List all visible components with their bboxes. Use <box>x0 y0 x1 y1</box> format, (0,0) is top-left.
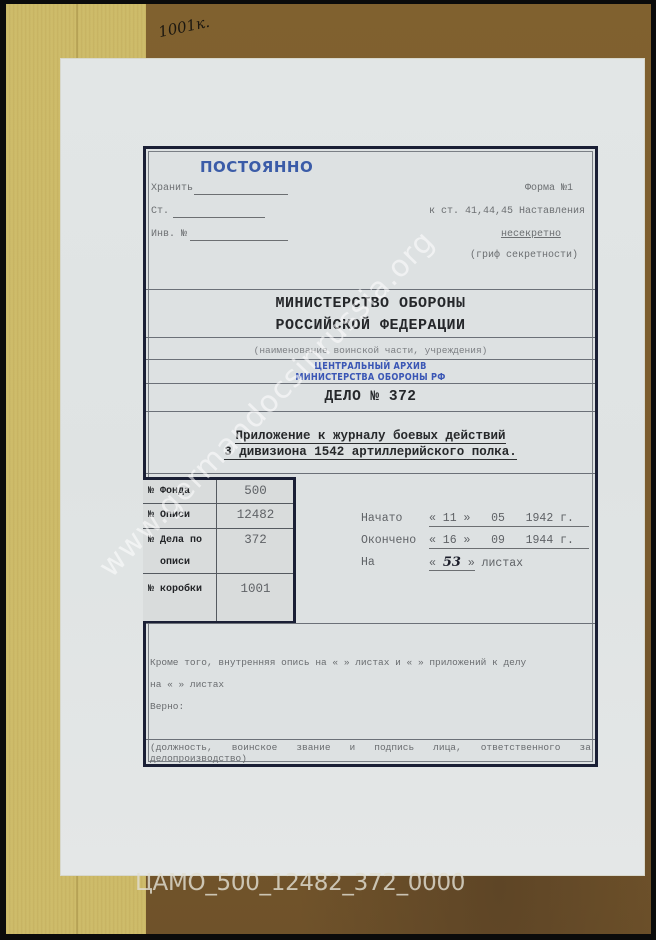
archive-stamp-line1: ЦЕНТРАЛЬНЫЙ АРХИВ <box>186 361 554 372</box>
divider <box>146 473 595 474</box>
store-field-line <box>194 194 288 195</box>
opis-label: № Описи <box>148 510 190 521</box>
fond-value: 500 <box>218 484 293 498</box>
divider <box>146 739 595 740</box>
unit-name-caption: (наименование воинской части, учреждения… <box>146 345 595 356</box>
table-row: № Фонда 500 <box>143 480 293 504</box>
table-row: № Дела по описи 372 <box>143 529 293 574</box>
additional-inventory-line1: Кроме того, внутренняя опись на « » лист… <box>150 657 591 668</box>
table-row: № Описи 12482 <box>143 504 293 529</box>
started-value: « 11 » 05 1942 г. <box>429 512 574 525</box>
form-frame: ПОСТОЯННО Хранить Ст. Инв. № Форма №1 к … <box>143 146 598 767</box>
box-label: № коробки <box>148 584 202 595</box>
article-field-line <box>173 217 265 218</box>
divider <box>146 411 595 412</box>
fond-label: № Фонда <box>148 486 190 497</box>
divider <box>146 383 595 384</box>
additional-inventory-line2: на « » листах <box>150 679 591 690</box>
delo-value: 372 <box>218 533 293 547</box>
store-label: Хранить <box>151 183 193 194</box>
responsible-caption-line2: делопроизводство) <box>150 753 591 764</box>
started-label: Начато <box>361 512 402 525</box>
secrecy-caption: (гриф секретности) <box>470 250 578 261</box>
ministry-line2: РОССИЙСКОЙ ФЕДЕРАЦИИ <box>146 317 595 334</box>
box-value: 1001 <box>218 582 293 596</box>
article-label: Ст. <box>151 206 169 217</box>
archive-stamp: ЦЕНТРАЛЬНЫЙ АРХИВ МИНИСТЕРСТВА ОБОРОНЫ Р… <box>186 361 554 383</box>
secrecy-value: несекретно <box>501 229 561 240</box>
form-number: Форма №1 <box>525 183 573 194</box>
storage-stamp: ПОСТОЯННО <box>200 158 313 176</box>
ended-value: « 16 » 09 1944 г. <box>429 534 574 547</box>
ended-label: Окончено <box>361 534 416 547</box>
divider <box>146 337 595 338</box>
opis-value: 12482 <box>218 508 293 522</box>
sheets-label: На <box>361 556 375 569</box>
table-row: № коробки 1001 <box>143 574 293 624</box>
ministry-line1: МИНИСТЕРСТВО ОБОРОНЫ <box>146 295 595 312</box>
divider <box>146 623 595 624</box>
case-subject-line1: Приложение к журналу боевых действий <box>146 429 595 443</box>
handwritten-sheet-count: 53 <box>443 555 461 570</box>
archive-stamp-line2: МИНИСТЕРСТВА ОБОРОНЫ РФ <box>186 372 554 383</box>
inventory-label: Инв. № <box>151 229 187 240</box>
archive-identifiers-table: № Фонда 500 № Описи 12482 № Дела по опис… <box>143 477 296 624</box>
case-number-title: ДЕЛО № 372 <box>146 389 595 405</box>
file-caption: ЦАМО_500_12482_372_0000 <box>135 870 465 896</box>
verified-label: Верно: <box>150 701 591 712</box>
delo-label-line2: описи <box>160 557 190 568</box>
article-reference: к ст. 41,44,45 Наставления <box>429 206 585 217</box>
case-subject-line2: 3 дивизиона 1542 артиллерийского полка. <box>146 445 595 459</box>
sheets-count: « 53 » листах <box>429 555 523 570</box>
divider <box>146 289 595 290</box>
divider <box>146 359 595 360</box>
delo-label-line1: № Дела по <box>148 535 202 546</box>
responsible-caption: (должность, воинское звание и подпись ли… <box>150 742 591 753</box>
inventory-field-line <box>190 240 288 241</box>
